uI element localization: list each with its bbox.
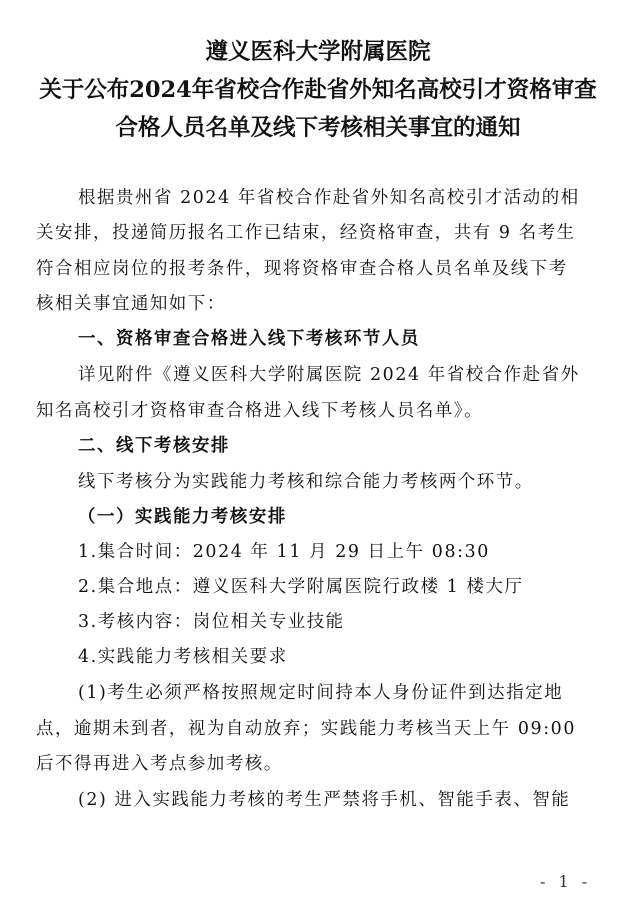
body-line: 知名高校引才资格审查合格进入线下考核人员名单》。 bbox=[36, 396, 483, 421]
body-line: 后不得再进入考点参加考核。 bbox=[36, 749, 283, 774]
list-item-requirements: 4.实践能力考核相关要求 bbox=[78, 642, 288, 667]
body-line: 详见附件《遵义医科大学附属医院 2024 年省校合作赴省外 bbox=[78, 360, 580, 385]
list-item-content: 3.考核内容：岗位相关专业技能 bbox=[78, 607, 345, 632]
body-line: 核相关事宜通知如下： bbox=[36, 289, 226, 314]
title-notice-line-1: 关于公布2024年省校合作赴省外知名高校引才资格审查 bbox=[0, 72, 636, 104]
body-line: 符合相应岗位的报考条件，现将资格审查合格人员名单及线下考 bbox=[36, 254, 568, 279]
subsection-heading-1: （一）实践能力考核安排 bbox=[78, 502, 287, 527]
body-line: (2) 进入实践能力考核的考生严禁将手机、智能手表、智能 bbox=[78, 785, 570, 810]
body-line: 关安排，投递简历报名工作已结束，经资格审查，共有 9 名考生 bbox=[36, 218, 576, 243]
body-line: 线下考核分为实践能力考核和综合能力考核两个环节。 bbox=[78, 467, 534, 492]
title-notice-line-2: 合格人员名单及线下考核相关事宜的通知 bbox=[0, 110, 636, 142]
page-number: - 1 - bbox=[540, 872, 591, 891]
list-item-gather-time: 1.集合时间：2024 年 11 月 29 日上午 08:30 bbox=[78, 537, 490, 562]
body-line: (1)考生必须严格按照规定时间持本人身份证件到达指定地 bbox=[78, 678, 563, 703]
body-line: 点，逾期未到者，视为自动放弃；实践能力考核当天上午 09:00 bbox=[36, 714, 576, 739]
list-item-gather-place: 2.集合地点：遵义医科大学附属医院行政楼 1 楼大厅 bbox=[78, 572, 524, 597]
title-hospital-name: 遵义医科大学附属医院 bbox=[0, 34, 636, 66]
body-line: 根据贵州省 2024 年省校合作赴省外知名高校引才活动的相 bbox=[78, 183, 580, 208]
section-heading-2: 二、线下考核安排 bbox=[78, 431, 230, 456]
section-heading-1: 一、资格审查合格进入线下考核环节人员 bbox=[78, 324, 420, 349]
